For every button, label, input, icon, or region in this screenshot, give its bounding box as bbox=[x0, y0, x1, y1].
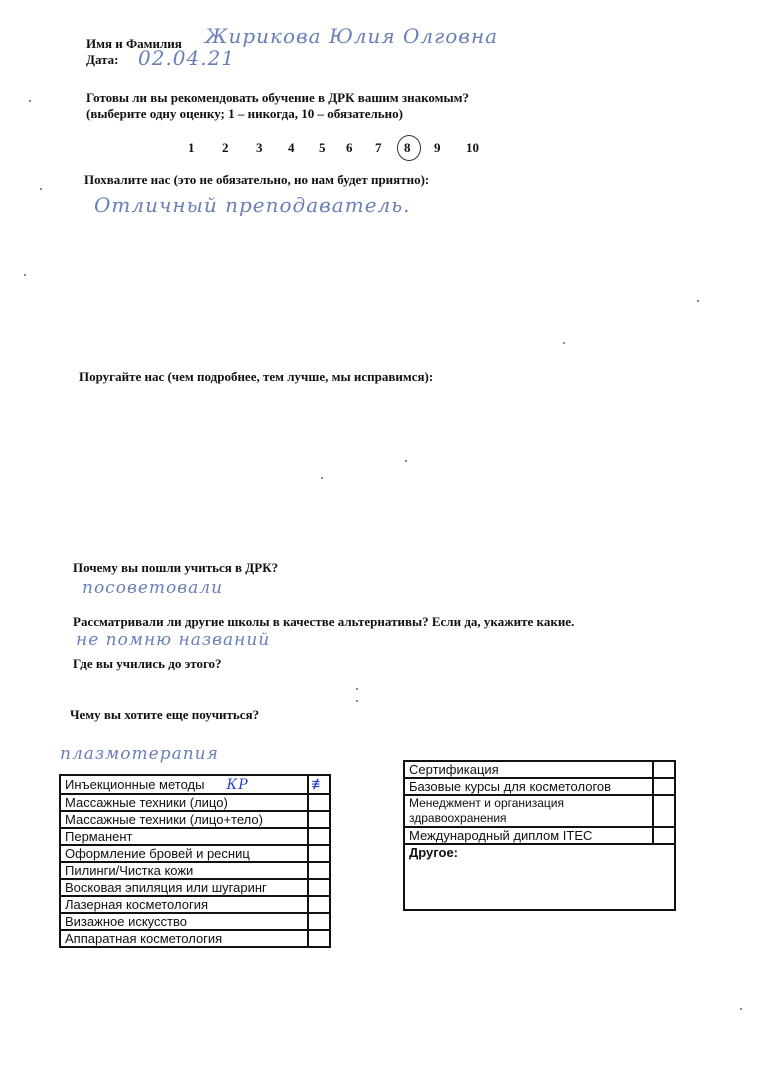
rating-option-5[interactable]: 5 bbox=[319, 140, 326, 156]
option-checkbox[interactable] bbox=[308, 828, 330, 845]
praise-answer[interactable]: Отличный преподаватель. bbox=[94, 193, 411, 217]
option-note: КР bbox=[226, 777, 248, 793]
why-question: Почему вы пошли учиться в ДРК? bbox=[73, 560, 278, 576]
option-checkbox[interactable] bbox=[308, 930, 330, 947]
rating-option-1[interactable]: 1 bbox=[188, 140, 195, 156]
option-row: Оформление бровей и ресниц bbox=[60, 845, 330, 862]
recommend-question: Готовы ли вы рекомендовать обучение в ДР… bbox=[86, 90, 469, 106]
option-checkbox[interactable] bbox=[308, 862, 330, 879]
rating-scale: 12345678910 bbox=[0, 140, 764, 164]
option-checkbox[interactable] bbox=[308, 913, 330, 930]
date-label: Дата: bbox=[86, 52, 118, 68]
option-row: Сертификация bbox=[404, 761, 675, 778]
learn-more-answer[interactable]: плазмотерапия bbox=[60, 744, 219, 764]
option-checkbox[interactable] bbox=[653, 795, 675, 827]
rating-option-9[interactable]: 9 bbox=[434, 140, 441, 156]
option-label: Менеджмент и организация здравоохранения bbox=[404, 795, 653, 827]
option-row: Восковая эпиляция или шугаринг bbox=[60, 879, 330, 896]
option-row: Лазерная косметология bbox=[60, 896, 330, 913]
option-row: Массажные техники (лицо) bbox=[60, 794, 330, 811]
rating-option-4[interactable]: 4 bbox=[288, 140, 295, 156]
option-label: Массажные техники (лицо) bbox=[60, 794, 308, 811]
rating-option-8[interactable]: 8 bbox=[404, 140, 411, 156]
option-label: Аппаратная косметология bbox=[60, 930, 308, 947]
option-checkbox[interactable] bbox=[308, 845, 330, 862]
criticize-question: Поругайте нас (чем подробнее, тем лучше,… bbox=[79, 369, 433, 385]
right-options-table: СертификацияБазовые курсы для косметолог… bbox=[403, 760, 676, 911]
option-label: Перманент bbox=[60, 828, 308, 845]
option-row: Перманент bbox=[60, 828, 330, 845]
date-field[interactable]: 02.04.21 bbox=[138, 46, 235, 70]
selected-circle bbox=[397, 135, 421, 161]
rating-option-3[interactable]: 3 bbox=[256, 140, 263, 156]
check-mark-icon: ≢ bbox=[312, 776, 327, 793]
option-label: Восковая эпиляция или шугаринг bbox=[60, 879, 308, 896]
option-checkbox[interactable] bbox=[308, 879, 330, 896]
option-row: Менеджмент и организация здравоохранения bbox=[404, 795, 675, 827]
alternatives-answer[interactable]: не помню названий bbox=[76, 630, 270, 650]
option-label: Международный диплом ITEC bbox=[404, 827, 653, 844]
option-checkbox[interactable] bbox=[653, 761, 675, 778]
option-label: Визажное искусство bbox=[60, 913, 308, 930]
option-row: Базовые курсы для косметологов bbox=[404, 778, 675, 795]
rating-option-7[interactable]: 7 bbox=[375, 140, 382, 156]
why-answer[interactable]: посоветовали bbox=[82, 578, 223, 598]
praise-question: Похвалите нас (это не обязательно, но на… bbox=[84, 172, 429, 188]
option-row: Международный диплом ITEC bbox=[404, 827, 675, 844]
previous-question: Где вы учились до этого? bbox=[73, 656, 222, 672]
option-row: Аппаратная косметология bbox=[60, 930, 330, 947]
option-checkbox[interactable] bbox=[308, 811, 330, 828]
option-label: Пилинги/Чистка кожи bbox=[60, 862, 308, 879]
rating-option-6[interactable]: 6 bbox=[346, 140, 353, 156]
option-checkbox[interactable] bbox=[653, 778, 675, 795]
option-row: Массажные техники (лицо+тело) bbox=[60, 811, 330, 828]
recommend-hint: (выберите одну оценку; 1 – никогда, 10 –… bbox=[86, 106, 403, 122]
option-label: Лазерная косметология bbox=[60, 896, 308, 913]
alternatives-question: Рассматривали ли другие школы в качестве… bbox=[73, 614, 574, 630]
option-checkbox[interactable] bbox=[308, 896, 330, 913]
option-checkbox[interactable] bbox=[308, 794, 330, 811]
left-options-table: Инъекционные методыКР≢Массажные техники … bbox=[59, 774, 331, 948]
option-label: Оформление бровей и ресниц bbox=[60, 845, 308, 862]
option-checkbox[interactable]: ≢ bbox=[308, 775, 330, 794]
option-row: Пилинги/Чистка кожи bbox=[60, 862, 330, 879]
option-label: Базовые курсы для косметологов bbox=[404, 778, 653, 795]
option-checkbox[interactable] bbox=[653, 827, 675, 844]
option-row: Визажное искусство bbox=[60, 913, 330, 930]
other-row: Другое: bbox=[404, 844, 675, 910]
option-label: Сертификация bbox=[404, 761, 653, 778]
other-field[interactable]: Другое: bbox=[404, 844, 675, 910]
rating-option-10[interactable]: 10 bbox=[466, 140, 479, 156]
option-label: Массажные техники (лицо+тело) bbox=[60, 811, 308, 828]
name-field[interactable]: Жирикова Юлия Олговна bbox=[205, 24, 498, 48]
learn-more-question: Чему вы хотите еще поучиться? bbox=[70, 707, 259, 723]
rating-option-2[interactable]: 2 bbox=[222, 140, 229, 156]
option-label: Инъекционные методыКР bbox=[60, 775, 308, 794]
option-row: Инъекционные методыКР≢ bbox=[60, 775, 330, 794]
